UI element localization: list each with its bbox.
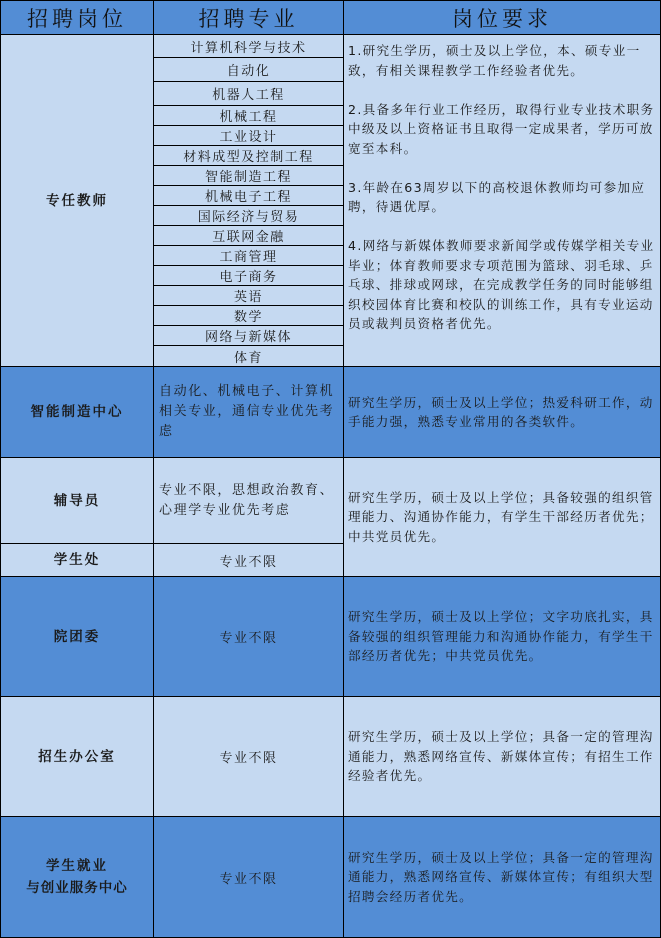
major-item: 国际经济与贸易 [154,206,343,226]
major-student-affairs: 专业不限 [153,543,344,577]
position-full-time-teacher: 专任教师 [0,34,154,367]
major-item: 材料成型及控制工程 [154,146,343,166]
major-item: 电子商务 [154,266,343,286]
position-student-affairs: 学生处 [0,543,154,577]
requirement-item: 4.网络与新媒体教师要求新闻学或传媒学相关专业毕业；体育教师要求专项范围为篮球、… [348,236,656,334]
requirement-item: 1.研究生学历，硕士及以上学位，本、硕专业一致，有相关课程教学工作经验者优先。 [348,41,656,80]
requirements-career-center: 研究生学历，硕士及以上学位；具备一定的管理沟通能力，熟悉网络宣传、新媒体宣传；有… [343,816,661,938]
major-item: 工业设计 [154,126,343,146]
major-item: 机械工程 [154,106,343,126]
major-item: 自动化 [154,58,343,82]
position-intelligent-manufacturing-center: 智能制造中心 [0,366,154,458]
requirements-intelligent-manufacturing-center: 研究生学历，硕士及以上学位；热爱科研工作，动手能力强，熟悉专业常用的各类软件。 [343,366,661,458]
position-career-center: 学生就业 与创业服务中心 [0,816,154,938]
requirements-teacher: 1.研究生学历，硕士及以上学位，本、硕专业一致，有相关课程教学工作经验者优先。 … [343,34,661,367]
major-list-teacher: 计算机科学与技术 自动化 机器人工程 机械工程 工业设计 材料成型及控制工程 智… [153,34,344,367]
major-item: 网络与新媒体 [154,326,343,346]
header-position: 招聘岗位 [0,0,154,35]
major-counselor: 专业不限，思想政治教育、心理学专业优先考虑 [153,457,344,544]
major-item: 体育 [154,346,343,366]
position-career-center-line2: 与创业服务中心 [26,877,128,899]
major-career-center: 专业不限 [153,816,344,938]
requirement-item: 2.具备多年行业工作经历，取得行业专业技术职务中级及以上资格证书且取得一定成果者… [348,100,656,159]
requirements-admissions-office: 研究生学历，硕士及以上学位；具备一定的管理沟通能力，熟悉网络宣传、新媒体宣传；有… [343,696,661,817]
major-item: 工商管理 [154,246,343,266]
requirements-counselor-student-affairs: 研究生学历，硕士及以上学位；具备较强的组织管理能力、沟通协作能力，有学生干部经历… [343,457,661,577]
position-youth-league: 院团委 [0,576,154,697]
major-item: 机器人工程 [154,82,343,106]
position-admissions-office: 招生办公室 [0,696,154,817]
header-major: 招聘专业 [153,0,344,35]
major-item: 计算机科学与技术 [154,35,343,58]
requirement-item: 3.年龄在63周岁以下的高校退休教师均可参加应聘，待遇优厚。 [348,178,656,217]
major-intelligent-manufacturing-center: 自动化、机械电子、计算机相关专业，通信专业优先考虑 [153,366,344,458]
major-admissions-office: 专业不限 [153,696,344,817]
major-item: 互联网金融 [154,226,343,246]
header-requirements: 岗位要求 [343,0,661,35]
position-career-center-line1: 学生就业 [46,855,108,877]
major-youth-league: 专业不限 [153,576,344,697]
major-item: 英语 [154,286,343,306]
position-counselor: 辅导员 [0,457,154,544]
major-item: 机械电子工程 [154,186,343,206]
major-item: 数学 [154,306,343,326]
major-item: 智能制造工程 [154,166,343,186]
requirements-youth-league: 研究生学历，硕士及以上学位；文字功底扎实，具备较强的组织管理能力和沟通协作能力，… [343,576,661,697]
